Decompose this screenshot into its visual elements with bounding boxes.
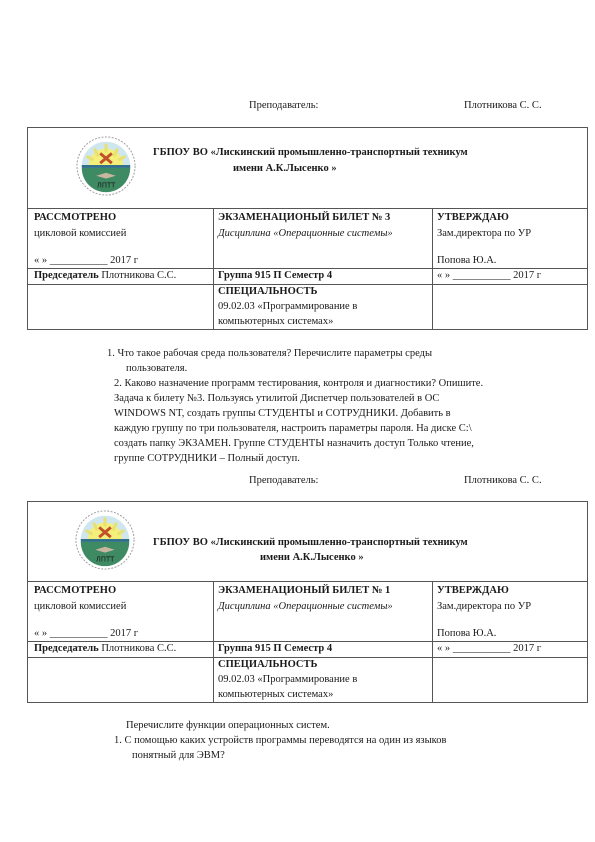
column-divider — [213, 284, 214, 330]
column-divider — [213, 657, 214, 703]
teacher-name: Плотникова С. С. — [464, 475, 542, 486]
ticket-header: ЛПТТ ГБПОУ ВО «Лискинский промышленно-тр… — [28, 502, 587, 582]
question-line: 2. Каково назначение программ тестирован… — [114, 376, 483, 392]
column-divider — [213, 641, 214, 657]
column-divider — [213, 581, 214, 641]
task-line: создать папку ЭКЗАМЕН. Группе СТУДЕНТЫ н… — [114, 436, 474, 452]
task-line: группе СОТРУДНИКИ – Полный доступ. — [114, 451, 300, 467]
approve-date: « » ___________ 2017 г — [437, 641, 541, 656]
org-name-line2: имени А.К.Лысенко » — [233, 161, 337, 176]
specialty-title: СПЕЦИАЛЬНОСТЬ — [218, 657, 317, 672]
svg-text:ЛПТТ: ЛПТТ — [97, 181, 116, 189]
ticket-row-specialty: СПЕЦИАЛЬНОСТЬ 09.02.03 «Программирование… — [28, 657, 587, 703]
ticket-row-approval: РАССМОТРЕНО цикловой комиссией « » _____… — [28, 208, 587, 269]
column-divider — [432, 208, 433, 268]
chairman: Председатель Плотникова С.С. — [34, 268, 176, 283]
org-name-line1: ГБПОУ ВО «Лискинский промышленно-транспо… — [153, 535, 468, 550]
approve-name: Попова Ю.А. — [437, 626, 496, 641]
approve-title: УТВЕРЖДАЮ — [437, 210, 509, 225]
group: Группа 915 П Семестр 4 — [218, 641, 332, 656]
question-line: 1. С помощью каких устройств программы п… — [114, 733, 446, 749]
specialty-line1: 09.02.03 «Программирование в — [218, 299, 357, 314]
specialty-title: СПЕЦИАЛЬНОСТЬ — [218, 284, 317, 299]
question-line: Перечислите функции операционных систем. — [126, 718, 330, 734]
ticket-row-group: Председатель Плотникова С.С. Группа 915 … — [28, 641, 587, 658]
group: Группа 915 П Семестр 4 — [218, 268, 332, 283]
exam-ticket-1: ЛПТТ ГБПОУ ВО «Лискинский промышленно-тр… — [27, 501, 588, 703]
ticket-header: ЛПТТ ГБПОУ ВО «Лискинский промышленно-тр… — [28, 128, 587, 209]
specialty-line1: 09.02.03 «Программирование в — [218, 672, 357, 687]
reviewed-by: цикловой комиссией — [34, 226, 126, 241]
column-divider — [432, 641, 433, 657]
approve-role: Зам.директора по УР — [437, 226, 531, 241]
ticket-title: ЭКЗАМЕНАЦИОНЫЙ БИЛЕТ № 1 — [218, 583, 390, 598]
reviewed-date: « » ___________ 2017 г — [34, 626, 138, 641]
college-emblem-icon: ЛПТТ — [74, 508, 136, 572]
teacher-name: Плотникова С. С. — [464, 100, 542, 111]
column-divider — [213, 208, 214, 268]
ticket-row-group: Председатель Плотникова С.С. Группа 915 … — [28, 268, 587, 285]
task-line: каждую группу по три пользователя, настр… — [114, 421, 472, 437]
column-divider — [432, 268, 433, 284]
question-line: 1. Что такое рабочая среда пользователя?… — [107, 346, 432, 362]
chairman-name: Плотникова С.С. — [99, 643, 177, 654]
question-line: понятный для ЭВМ? — [132, 748, 225, 764]
college-emblem-icon: ЛПТТ — [75, 134, 137, 198]
question-line: пользователя. — [126, 361, 187, 377]
specialty-line2: компьютерных системах» — [218, 687, 333, 702]
ticket-title: ЭКЗАМЕНАЦИОНЫЙ БИЛЕТ № 3 — [218, 210, 390, 225]
column-divider — [432, 284, 433, 330]
chairman-name: Плотникова С.С. — [99, 270, 177, 281]
chairman: Председатель Плотникова С.С. — [34, 641, 176, 656]
reviewed-title: РАССМОТРЕНО — [34, 210, 116, 225]
discipline: Дисциплина «Операционные системы» — [218, 226, 393, 241]
column-divider — [432, 581, 433, 641]
column-divider — [213, 268, 214, 284]
teacher-label: Преподаватель: — [249, 100, 318, 111]
approve-role: Зам.директора по УР — [437, 599, 531, 614]
discipline: Дисциплина «Операционные системы» — [218, 599, 393, 614]
reviewed-by: цикловой комиссией — [34, 599, 126, 614]
exam-ticket-3: ЛПТТ ГБПОУ ВО «Лискинский промышленно-тр… — [27, 127, 588, 330]
column-divider — [432, 657, 433, 703]
teacher-label: Преподаватель: — [249, 475, 318, 486]
org-name-line1: ГБПОУ ВО «Лискинский промышленно-транспо… — [153, 145, 468, 160]
approve-title: УТВЕРЖДАЮ — [437, 583, 509, 598]
org-name-line2: имени А.К.Лысенко » — [260, 550, 364, 565]
task-line: WINDOWS NT, создать группы СТУДЕНТЫ и СО… — [114, 406, 451, 422]
ticket-row-approval: РАССМОТРЕНО цикловой комиссией « » _____… — [28, 581, 587, 642]
task-line: Задача к билету №3. Пользуясь утилитой Д… — [114, 391, 439, 407]
approve-date: « » ___________ 2017 г — [437, 268, 541, 283]
chairman-label: Председатель — [34, 270, 99, 281]
specialty-line2: компьютерных системах» — [218, 314, 333, 329]
svg-text:ЛПТТ: ЛПТТ — [96, 555, 115, 563]
reviewed-date: « » ___________ 2017 г — [34, 253, 138, 268]
chairman-label: Председатель — [34, 643, 99, 654]
approve-name: Попова Ю.А. — [437, 253, 496, 268]
reviewed-title: РАССМОТРЕНО — [34, 583, 116, 598]
ticket-row-specialty: СПЕЦИАЛЬНОСТЬ 09.02.03 «Программирование… — [28, 284, 587, 330]
